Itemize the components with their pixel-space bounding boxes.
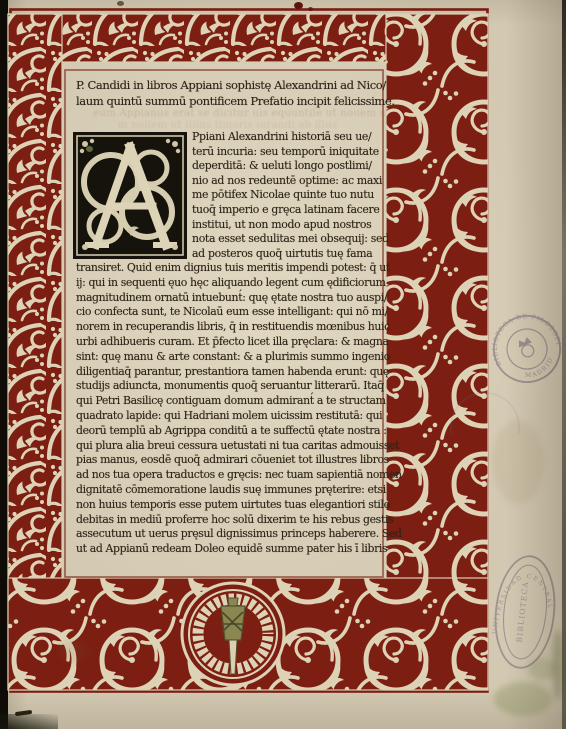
ink-speck [308,7,313,11]
text-line: Ppiani Alexandrini historiā seu ue/ [192,130,389,145]
text-line: studijs adiuncta, monumentis quoq̄ serua… [76,379,402,394]
text-line: ad nos tua opera traductos e gręcis: nec… [76,468,402,483]
text-line: deperditā: & ueluti longo postlimi/ [192,159,389,174]
heading-line: laum quintū summū pontificem Prefatio in… [76,93,395,109]
text-line: ij: qui in sequenti ęuo hęc aliquando le… [76,276,402,291]
stamp-center-text: BIBLIOTECA [515,581,530,643]
text-line: deorū templū ab Agrippa conditū a te suf… [76,424,402,439]
corner-smudge [0,714,58,729]
text-line: transiret. Quid enim dignius tuis meriti… [76,261,402,276]
book-page-scan: P. Candidi in libros Appiani sophistę Al… [0,0,566,729]
text-line: cio confecta sunt, te Nicolaū eum esse i… [76,305,402,320]
text-line: terū incuria: seu temporū iniquitate [192,145,389,160]
text-line: me pōtifex Nicolae quinte tuo nutu [192,188,389,203]
text-line: debitas in mediū proferre hoc solū dixer… [76,513,402,528]
text-line: ad posteros quoq̄ uirtutis tuę fama [192,247,389,262]
scan-right-edge [562,0,566,729]
text-line: non huius temporis esse putem uirtutes t… [76,498,402,513]
text-line: ut ad Appianū redeam Doleo equidē summe … [76,542,402,557]
ink-speck [117,1,124,6]
text-line: qui plura alia breui cessura uetustati n… [76,439,402,454]
printer-device-medallion [182,583,284,685]
ink-speck [294,2,303,9]
text-line: institui, ut non modo apud nostros [192,218,389,233]
text-line: sint: quę manu & arte constant: & a plur… [76,350,402,365]
green-speck [86,146,93,152]
opening-paragraph: Ppiani Alexandrini historiā seu ue/ terū… [192,130,389,261]
incipit-heading: P. Candidi in libros Appiani sophistę Al… [76,77,395,109]
text-line: assecutum ut uerus pręsul dignissimus pr… [76,527,402,542]
text-line: diligentiaq̄ parantur, prestantiora tame… [76,365,402,380]
text-line: qui Petri Basilicę contiguam domum admir… [76,394,402,409]
showthrough-line: eum Appianus erat se dicitur uis equunti… [93,108,386,119]
text-line: quadrato lapide: qui Hadriani molem uici… [76,409,402,424]
foxing-stain [492,420,544,504]
green-stain [494,682,552,716]
text-line: tuoq̄ imperio e gręca latinam facere [192,203,389,218]
heading-line: P. Candidi in libros Appiani sophistę Al… [76,77,395,93]
main-text-block: transiret. Quid enim dignius tuis meriti… [76,261,402,557]
text-line: norem in recuperandis libris, q̄ in rest… [76,320,402,335]
text-line: pias manus, eosdē quoq̄ admirari cōuenie… [76,453,402,468]
crown-emblem [518,337,536,358]
text-line: dignitatē cōmemoratione laudis suę immun… [76,483,402,498]
text-line: urbi adhibueris curam. Et p̄fecto licet … [76,335,402,350]
text-line: magnitudinem ornatū intuebunt́: quę ętat… [76,291,402,306]
text-line: nota esset sedulitas mei obsequij: sed [192,232,389,247]
foxing-stain [58,640,90,662]
text-line: nio ad nos redeuntē optime: ac maxi [192,174,389,189]
